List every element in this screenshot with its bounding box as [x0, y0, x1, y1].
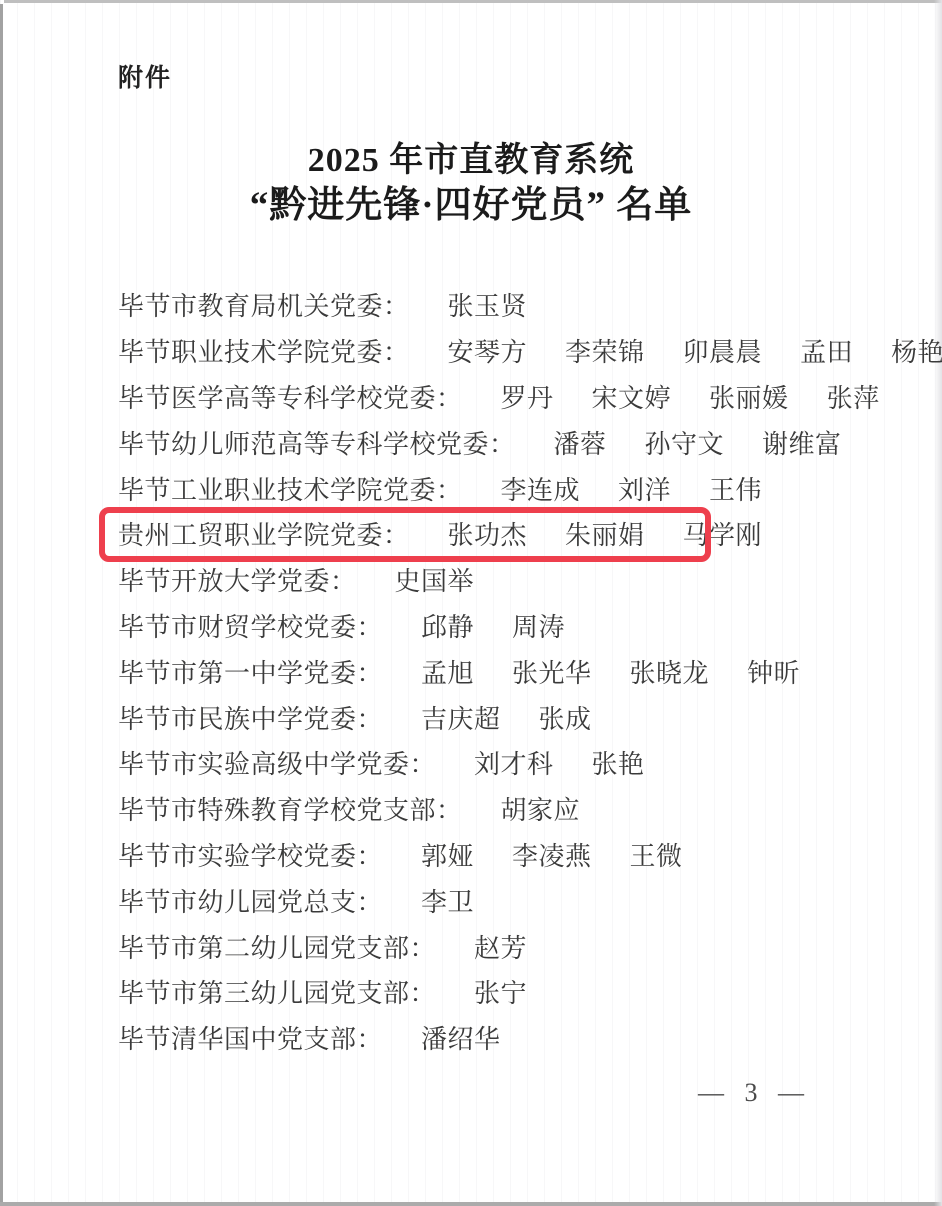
list-item: 毕节开放大学党委： 史国举 [118, 557, 902, 603]
org-label: 毕节市特殊教育学校党支部： [118, 790, 463, 827]
awardee-name: 王伟 [709, 470, 762, 507]
title-line-1: 2025 年市直教育系统 [0, 138, 942, 184]
awardee-name: 李荣锦 [565, 332, 645, 369]
org-label: 毕节市幼儿园党总支： [118, 882, 383, 919]
document-title: 2025 年市直教育系统 “黔进先锋·四好党员” 名单 [0, 138, 942, 228]
awardee-name: 谢维富 [762, 424, 842, 461]
org-label: 毕节开放大学党委： [118, 561, 357, 598]
list-item: 毕节市第一中学党委： 孟旭张光华张晓龙钟昕 [118, 648, 902, 694]
page-number: — 3 — [698, 1078, 808, 1108]
awardee-name: 马学刚 [683, 515, 763, 552]
awardee-name: 周涛 [512, 607, 565, 644]
org-label: 毕节幼儿师范高等专科学校党委： [118, 424, 516, 461]
org-label: 毕节清华国中党支部： [118, 1019, 383, 1056]
list-item: 毕节市财贸学校党委： 邱静周涛 [118, 603, 902, 649]
awardee-name: 卯晨晨 [683, 332, 763, 369]
awardee-name: 张光华 [512, 653, 592, 690]
org-label: 毕节医学高等专科学校党委： [118, 378, 463, 415]
list-item: 毕节市幼儿园党总支： 李卫 [118, 877, 902, 923]
awardee-name: 朱丽娟 [565, 515, 645, 552]
list-item: 毕节市实验学校党委： 郭娅李凌燕王微 [118, 832, 902, 878]
awardee-name: 孟田 [800, 332, 853, 369]
scan-edge-bottom [0, 1202, 942, 1206]
awardee-name: 宋文婷 [592, 378, 672, 415]
list-item: 毕节市第三幼儿园党支部： 张宁 [118, 969, 902, 1015]
awardee-name: 刘才科 [474, 744, 554, 781]
awardee-name: 胡家应 [501, 790, 581, 827]
awardee-name: 李卫 [421, 882, 474, 919]
org-label: 毕节市教育局机关党委： [118, 286, 410, 323]
awardee-name: 吉庆超 [421, 699, 501, 736]
list-item: 贵州工贸职业学院党委： 张功杰朱丽娟马学刚 [118, 511, 902, 557]
awardee-name: 张玉贤 [448, 286, 528, 323]
awardee-name: 邱静 [421, 607, 474, 644]
list-item: 毕节幼儿师范高等专科学校党委： 潘蓉孙守文谢维富 [118, 419, 902, 465]
org-label: 毕节市第三幼儿园党支部： [118, 973, 436, 1010]
awardee-name: 安琴方 [448, 332, 528, 369]
awardee-name: 潘绍华 [421, 1019, 501, 1056]
awardee-name: 张萍 [827, 378, 880, 415]
awardee-name: 张晓龙 [630, 653, 710, 690]
org-label: 毕节工业职业技术学院党委： [118, 470, 463, 507]
awardee-name: 张成 [539, 699, 592, 736]
awardee-name: 李连成 [501, 470, 581, 507]
awardee-name: 刘洋 [618, 470, 671, 507]
awardee-name: 郭娅 [421, 836, 474, 873]
awardee-name: 潘蓉 [554, 424, 607, 461]
org-label: 毕节市第二幼儿园党支部： [118, 928, 436, 965]
awardee-name: 史国举 [395, 561, 475, 598]
org-label: 毕节市民族中学党委： [118, 699, 383, 736]
scan-edge-top [4, 0, 942, 3]
awardee-name: 杨艳 [891, 332, 942, 369]
list-item: 毕节清华国中党支部： 潘绍华 [118, 1015, 902, 1061]
awardee-name: 张丽媛 [709, 378, 789, 415]
awardee-name: 罗丹 [501, 378, 554, 415]
list-item: 毕节市第二幼儿园党支部： 赵芳 [118, 923, 902, 969]
org-label: 毕节市实验学校党委： [118, 836, 383, 873]
awardee-name: 钟昕 [747, 653, 800, 690]
org-label: 毕节市第一中学党委： [118, 653, 383, 690]
title-line-2: “黔进先锋·四好党员” 名单 [0, 184, 942, 228]
list-item: 毕节市教育局机关党委： 张玉贤 [118, 282, 902, 328]
list-item: 毕节工业职业技术学院党委： 李连成刘洋王伟 [118, 465, 902, 511]
awardee-name: 孟旭 [421, 653, 474, 690]
awardee-name: 张宁 [474, 973, 527, 1010]
awardee-name: 张艳 [592, 744, 645, 781]
org-label: 毕节市财贸学校党委： [118, 607, 383, 644]
org-label: 毕节市实验高级中学党委： [118, 744, 436, 781]
list-item: 毕节医学高等专科学校党委： 罗丹宋文婷张丽媛张萍 [118, 374, 902, 420]
awardee-name: 李凌燕 [512, 836, 592, 873]
awardee-name: 张功杰 [448, 515, 528, 552]
awardee-name: 赵芳 [474, 928, 527, 965]
list-item: 毕节市民族中学党委： 吉庆超张成 [118, 694, 902, 740]
list-item: 毕节市实验高级中学党委： 刘才科张艳 [118, 740, 902, 786]
awardee-name: 孙守文 [645, 424, 725, 461]
list-item: 毕节职业技术学院党委： 安琴方李荣锦卯晨晨孟田杨艳 [118, 328, 902, 374]
attachment-label: 附件 [118, 58, 172, 94]
org-label: 贵州工贸职业学院党委： [118, 515, 410, 552]
org-label: 毕节职业技术学院党委： [118, 332, 410, 369]
awardee-name: 王微 [630, 836, 683, 873]
list-item: 毕节市特殊教育学校党支部： 胡家应 [118, 786, 902, 832]
awardee-list: 毕节市教育局机关党委： 张玉贤 毕节职业技术学院党委： 安琴方李荣锦卯晨晨孟田杨… [118, 282, 902, 1061]
document-page: { "document": { "attachment_label": "附件"… [0, 0, 942, 1206]
